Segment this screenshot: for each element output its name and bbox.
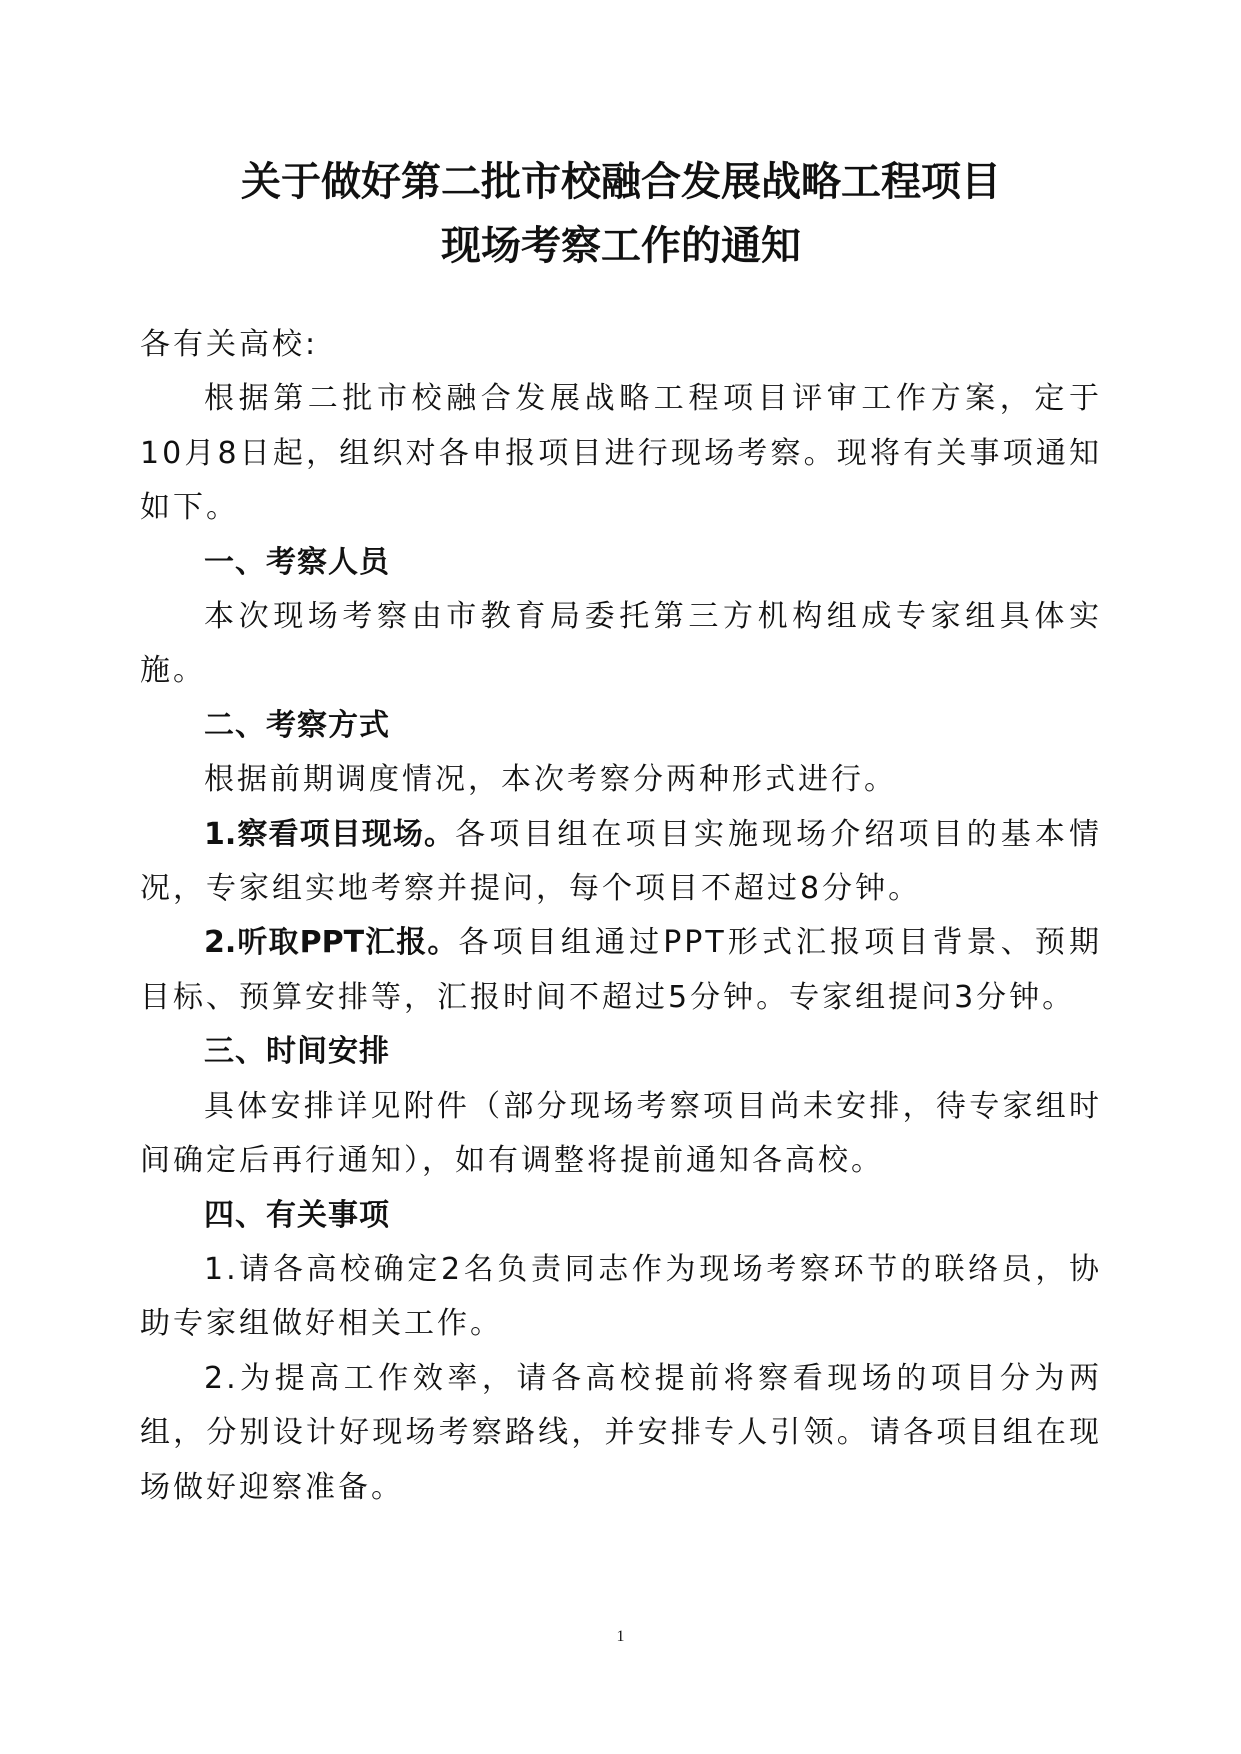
section-heading-schedule: 三、时间安排 — [140, 1025, 1102, 1079]
section-paragraph: 本次现场考察由市教育局委托第三方机构组成专家组具体实施。 — [140, 590, 1102, 699]
intro-paragraph: 根据第二批市校融合发展战略工程项目评审工作方案，定于10月8日起，组织对各申报项… — [140, 372, 1102, 535]
section-paragraph-ppt-report: 2.听取PPT汇报。各项目组通过PPT形式汇报项目背景、预期目标、预算安排等，汇… — [140, 916, 1102, 1025]
section-paragraph: 具体安排详见附件（部分现场考察项目尚未安排，待专家组时间确定后再行通知），如有调… — [140, 1080, 1102, 1189]
page-number: 1 — [0, 1628, 1241, 1646]
section-paragraph: 1.请各高校确定2名负责同志作为现场考察环节的联络员，协助专家组做好相关工作。 — [140, 1243, 1102, 1352]
section-paragraph-site-visit: 1.察看项目现场。各项目组在项目实施现场介绍项目的基本情况，专家组实地考察并提问… — [140, 808, 1102, 917]
document-body: 各有关高校: 根据第二批市校融合发展战略工程项目评审工作方案，定于10月8日起，… — [140, 318, 1102, 1515]
paragraph-lead: 1.察看项目现场。 — [204, 817, 455, 852]
document-title-line-2: 现场考察工作的通知 — [140, 214, 1102, 278]
section-heading-method: 二、考察方式 — [140, 699, 1102, 753]
document-page: 关于做好第二批市校融合发展战略工程项目 现场考察工作的通知 各有关高校: 根据第… — [0, 0, 1241, 1754]
section-heading-matters: 四、有关事项 — [140, 1189, 1102, 1243]
paragraph-lead: 2.听取PPT汇报。 — [204, 925, 459, 960]
section-paragraph: 根据前期调度情况，本次考察分两种形式进行。 — [140, 753, 1102, 807]
salutation: 各有关高校: — [140, 318, 1102, 372]
section-heading-personnel: 一、考察人员 — [140, 536, 1102, 590]
document-title-line-1: 关于做好第二批市校融合发展战略工程项目 — [140, 150, 1102, 214]
section-paragraph: 2.为提高工作效率，请各高校提前将察看现场的项目分为两组，分别设计好现场考察路线… — [140, 1352, 1102, 1515]
